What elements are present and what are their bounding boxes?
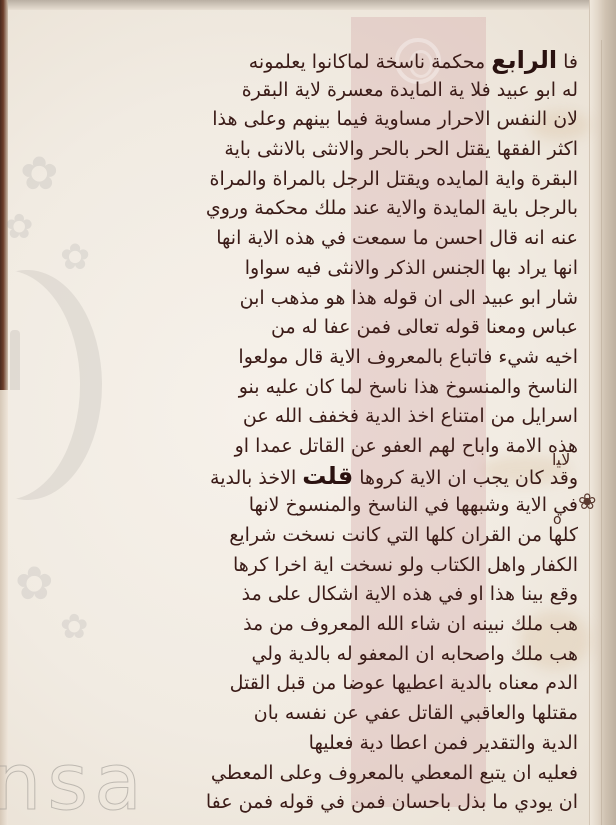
circle-mark-icon: ο — [553, 512, 562, 528]
text-line: له ابو عبيد فلا ية المايدة معسرة لاية ال… — [100, 76, 578, 106]
text-line: وقع بينا هذا او في هذه الاية اشكال على م… — [100, 580, 578, 610]
text-line: الناسخ والمنسوخ هذا ناسخ لما كان عليه بن… — [100, 373, 578, 403]
manuscript-page: ✿ ✿ ✿ ✿ ✿ فا الرابع محكمة ناسخة لماكانوا… — [0, 0, 616, 825]
emphasized-word: قلت — [302, 462, 353, 490]
chapter-heading-word: الرابع — [491, 46, 557, 74]
text-line: اسرايل من امتناع اخذ الدية فخفف الله عن — [100, 402, 578, 432]
minaret-watermark-icon — [10, 330, 20, 390]
manuscript-text: فا الرابع محكمة ناسخة لماكانوا يعلمونه ل… — [100, 46, 578, 818]
flower-watermark-icon: ✿ — [60, 610, 89, 644]
text-line: بالرجل باية المايدة والاية عند ملك محكمة… — [100, 194, 578, 224]
flower-watermark-icon: ✿ — [60, 240, 90, 276]
text-line: هب ملك نبينه ان شاء الله المعروف من مذ — [100, 610, 578, 640]
flower-watermark-icon: ✿ — [20, 150, 59, 196]
text-line: فعليه ان يتبع المعطي بالمعروف وعلى المعط… — [100, 759, 578, 789]
flower-ornament-icon: ❀ — [578, 490, 596, 515]
text-line: وقد كان يجب ان الاية كروها قلت الاخذ بال… — [100, 462, 578, 492]
text-line: شار ابو عبيد الى ان قوله هذا هو مذهب ابن — [100, 284, 578, 314]
text-line: الدم معناه بالدية اعطيها عوضا من قبل الق… — [100, 669, 578, 699]
text-line: ان يودي ما بذل باحسان فمن في قوله فمن عف… — [100, 788, 578, 818]
text-fragment: وقد كان يجب ان الاية كروها — [359, 467, 578, 489]
text-line: لان النفس الاحرار مساوية فيما بينهم وعلى… — [100, 105, 578, 135]
right-edge-fold — [601, 40, 602, 825]
text-fragment: محكمة ناسخة لماكانوا يعلمونه — [249, 51, 485, 73]
text-fragment: الاخذ بالدية — [210, 467, 296, 489]
text-line: اكثر الفقها يقتل الحر بالحر والانثى بالا… — [100, 135, 578, 165]
text-line: اخيه شيء فاتباع بالمعروف الاية قال مولعو… — [100, 343, 578, 373]
text-line: فا الرابع محكمة ناسخة لماكانوا يعلمونه — [100, 46, 578, 76]
right-page-edge — [589, 0, 616, 825]
text-line: هب ملك واصحابه ان المعفو له بالدية ولي — [100, 640, 578, 670]
text-line: الكفار واهل الكتاب ولو نسخت اية اخرا كره… — [100, 551, 578, 581]
text-line: في الاية وشبهها في الناسخ والمنسوخ لانها — [100, 491, 578, 521]
flower-watermark-icon: ✿ — [5, 210, 34, 244]
text-fragment: فا — [563, 51, 578, 73]
text-line: كلها من القران كلها التي كانت نسخت شرايع — [100, 521, 578, 551]
text-line: عباس ومعنا قوله تعالى فمن عفا له من — [100, 313, 578, 343]
text-line: الدية والتقدير فمن اعطا دية فعليها — [100, 729, 578, 759]
margin-note: ﻻﻴﺍ — [552, 450, 570, 469]
watermark-text: nsa — [0, 744, 148, 822]
text-line: البقرة واية المايده ويقتل الرجل بالمراة … — [100, 165, 578, 195]
page-top-edge — [0, 0, 616, 10]
text-line: عنه انه قال احسن ما سمعت في هذه الاية ان… — [100, 224, 578, 254]
text-line: انها يراد بها الجنس الذكر والانثى فيه سو… — [100, 254, 578, 284]
flower-watermark-icon: ✿ — [15, 560, 54, 606]
text-line: مقتلها والعاقبي القاتل عفي عن نفسه بان — [100, 699, 578, 729]
text-line: هذه الامة واباح لهم العفو عن القاتل عمدا… — [100, 432, 578, 462]
